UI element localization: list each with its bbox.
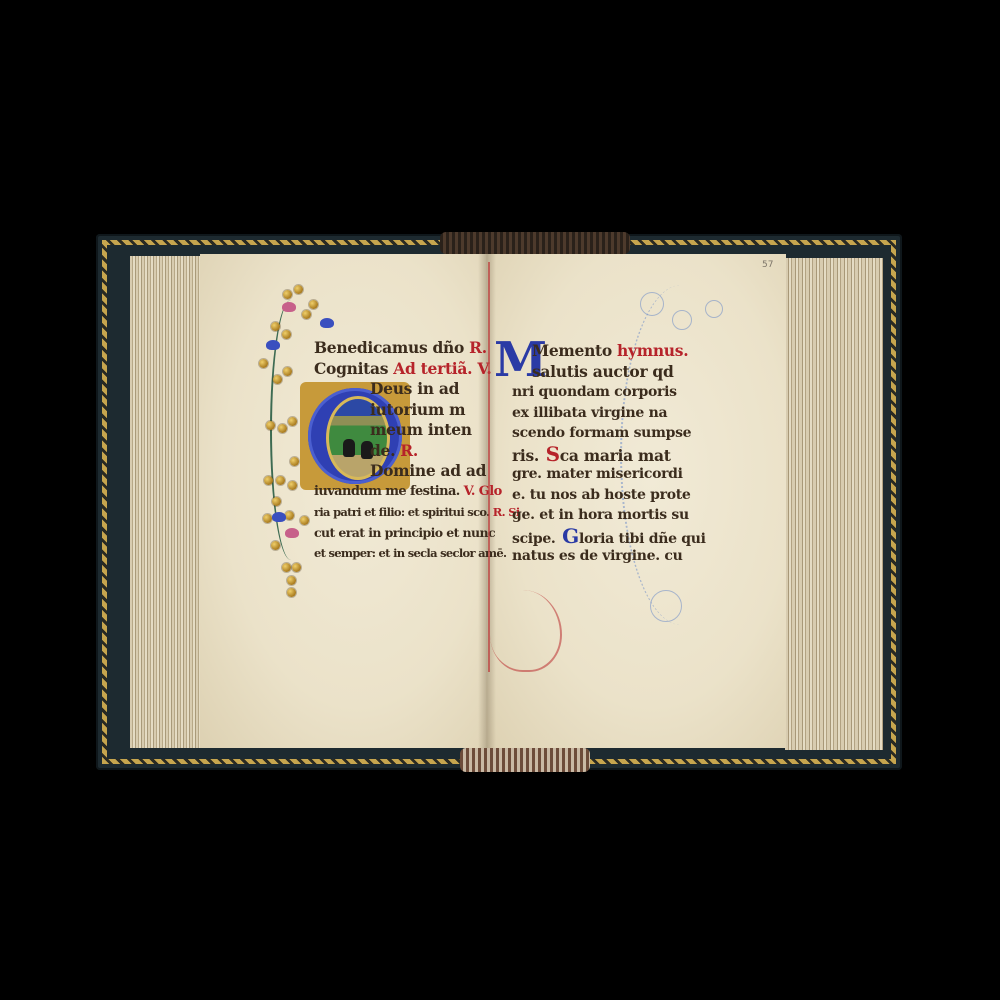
text-line: gre. mater misericordi [512,464,706,485]
text-line: nri quondam corporis [512,382,706,403]
blue-penwork-swirl [705,300,723,318]
folio-number: 57 [762,260,773,270]
text-line: salutis auctor qd [512,362,706,383]
blue-penwork-swirl [650,590,682,622]
page-edges-right [785,258,883,750]
right-page-text: Memento hymnus. salutis auctor qd nri qu… [512,341,706,567]
headband-bottom [460,748,590,772]
text-line: Memento hymnus. [512,341,706,362]
page-edges-left [130,256,205,748]
blue-penwork-swirl [640,292,664,316]
text-line: ge. et in hora mortis su [512,505,706,526]
headband-top [440,232,630,254]
text-line: ex illibata virgine na [512,403,706,424]
text-line: natus es de virgine. cu [512,546,706,567]
blue-penwork-swirl [672,310,692,330]
text-line: e. tu nos ab hoste prote [512,485,706,506]
text-line: scendo formam sumpse [512,423,706,444]
text-line: ris. Sca maria mat [512,444,706,465]
text-line: scipe. Gloria tibi dñe qui [512,526,706,547]
